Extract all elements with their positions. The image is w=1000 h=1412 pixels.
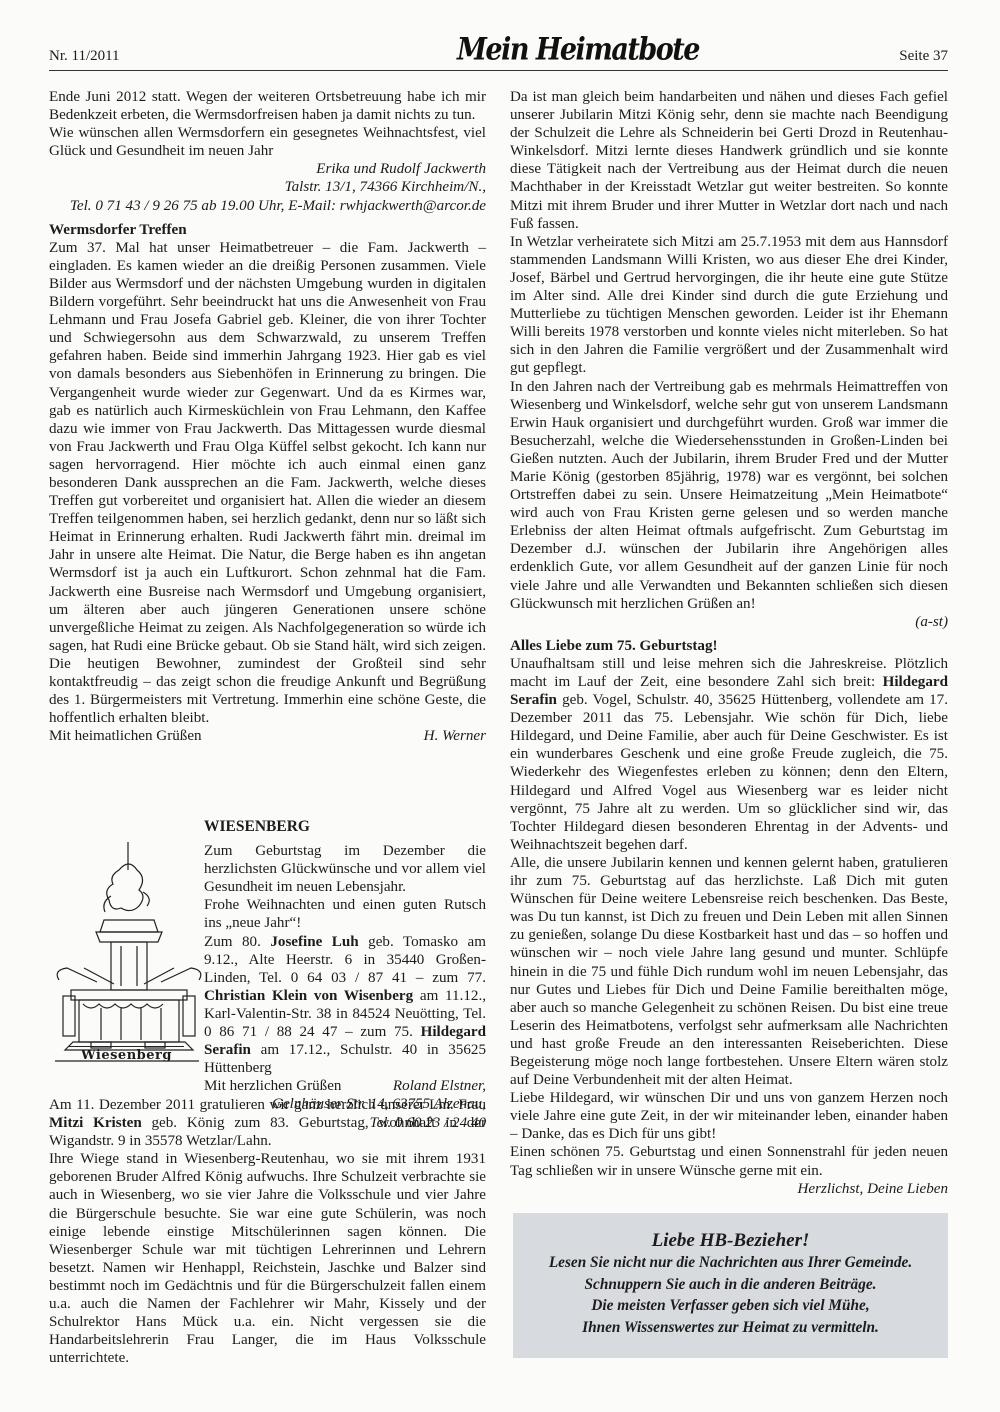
wiesenberg-birthday-list: Zum 80. Josefine Luh geb. Tomasko am 9.1…: [204, 933, 486, 1078]
kristen-text: Am 11. Dezember 2011 gratulieren wir gan…: [49, 1097, 486, 1113]
page-header: Nr. 11/2011 Mein Heimatbote Seite 37: [49, 34, 948, 71]
notice-line: Schnuppern Sie auch in die anderen Beitr…: [513, 1274, 948, 1296]
entry-text: Zum 80.: [204, 934, 270, 950]
kristen-continuation: In den Jahren nach der Vertreibung gab e…: [510, 378, 948, 613]
wiesenberg-signature: Mit herzlichen Grüßen Roland Elstner,: [204, 1077, 486, 1095]
right-column: Da ist man gleich beim handarbeiten und …: [510, 88, 948, 1198]
section-heading-birthday: Alles Liebe zum 75. Geburtstag!: [510, 637, 948, 655]
notice-line: Ihnen Wissenswertes zur Heimat zu vermit…: [513, 1317, 948, 1339]
issue-number: Nr. 11/2011: [49, 48, 120, 65]
intro-paragraph: Ende Juni 2012 statt. Wegen der weiteren…: [49, 88, 486, 124]
wiesenberg-greeting: Zum Geburtstag im Dezember die herzlichs…: [204, 842, 486, 896]
kristen-intro: Am 11. Dezember 2011 gratulieren wir gan…: [49, 1096, 486, 1150]
wiesenberg-author: Roland Elstner,: [393, 1077, 486, 1095]
wiesenberg-section: Wiesenberg WIESENBERG Zum Geburtstag im …: [49, 818, 486, 1068]
kristen-article: Am 11. Dezember 2011 gratulieren wir gan…: [49, 1096, 486, 1367]
birthday-name: Josefine Luh: [270, 934, 358, 950]
section-heading-wiesenberg: WIESENBERG: [204, 818, 486, 836]
intro-signature-name: Erika und Rudolf Jackwerth: [49, 160, 486, 178]
kristen-continuation: Da ist man gleich beim handarbeiten und …: [510, 88, 948, 233]
left-column: Ende Juni 2012 statt. Wegen der weiteren…: [49, 88, 486, 745]
treffen-signature: Mit heimatlichen Grüßen H. Werner: [49, 727, 486, 745]
masthead-logo: Mein Heimatbote: [457, 32, 699, 68]
wiesenberg-closing: Mit herzlichen Grüßen: [204, 1077, 341, 1095]
intro-signature-address: Talstr. 13/1, 74366 Kirchheim/N.,: [49, 178, 486, 196]
birthday-paragraph: Einen schönen 75. Geburtstag und einen S…: [510, 1143, 948, 1179]
birthday-paragraph: Alle, die unsere Jubilarin kennen und ke…: [510, 854, 948, 1089]
section-heading-treffen: Wermsdorfer Treffen: [49, 221, 486, 239]
intro-paragraph: Wie wünschen allen Wermsdorfern ein gese…: [49, 124, 486, 160]
birthday-name: Mitzi Kristen: [49, 1115, 142, 1131]
wiesenberg-fountain-illustration: Wiesenberg: [49, 840, 204, 1065]
kristen-body: Ihre Wiege stand in Wiesenberg-Reutenhau…: [49, 1150, 486, 1367]
reader-notice-box: Liebe HB-Bezieher! Lesen Sie nicht nur d…: [513, 1213, 948, 1358]
treffen-body: Zum 37. Mal hat unser Heimatbetreuer – d…: [49, 239, 486, 728]
wiesenberg-wishes: Frohe Weihnachten und einen guten Rutsch…: [204, 896, 486, 932]
page-number: Seite 37: [899, 48, 948, 65]
notice-title: Liebe HB-Bezieher!: [513, 1230, 948, 1252]
birthday-signature: Herzlichst, Deine Lieben: [510, 1180, 948, 1198]
treffen-closing: Mit heimatlichen Grüßen: [49, 727, 202, 745]
intro-signature-contact: Tel. 0 71 43 / 9 26 75 ab 19.00 Uhr, E-M…: [49, 197, 486, 215]
wiesenberg-figure-caption: Wiesenberg: [69, 1046, 184, 1063]
fountain-icon: [49, 840, 204, 1065]
birthday-text: geb. Vogel, Schulstr. 40, 35625 Hüttenbe…: [510, 692, 948, 853]
kristen-author: (a-st): [510, 613, 948, 631]
birthday-paragraph: Liebe Hildegard, wir wünschen Dir und un…: [510, 1089, 948, 1143]
kristen-continuation: In Wetzlar verheiratete sich Mitzi am 25…: [510, 233, 948, 378]
treffen-author: H. Werner: [424, 727, 486, 745]
wiesenberg-text: WIESENBERG Zum Geburtstag im Dezember di…: [204, 818, 486, 1132]
birthday-intro: Unaufhaltsam still und leise mehren sich…: [510, 655, 948, 854]
birthday-name: Christian Klein von Wisenberg: [204, 988, 413, 1004]
notice-line: Die meisten Verfasser geben sich viel Mü…: [513, 1295, 948, 1317]
notice-line: Lesen Sie nicht nur die Nachrichten aus …: [513, 1252, 948, 1274]
newspaper-page: Nr. 11/2011 Mein Heimatbote Seite 37 End…: [0, 0, 1000, 1412]
